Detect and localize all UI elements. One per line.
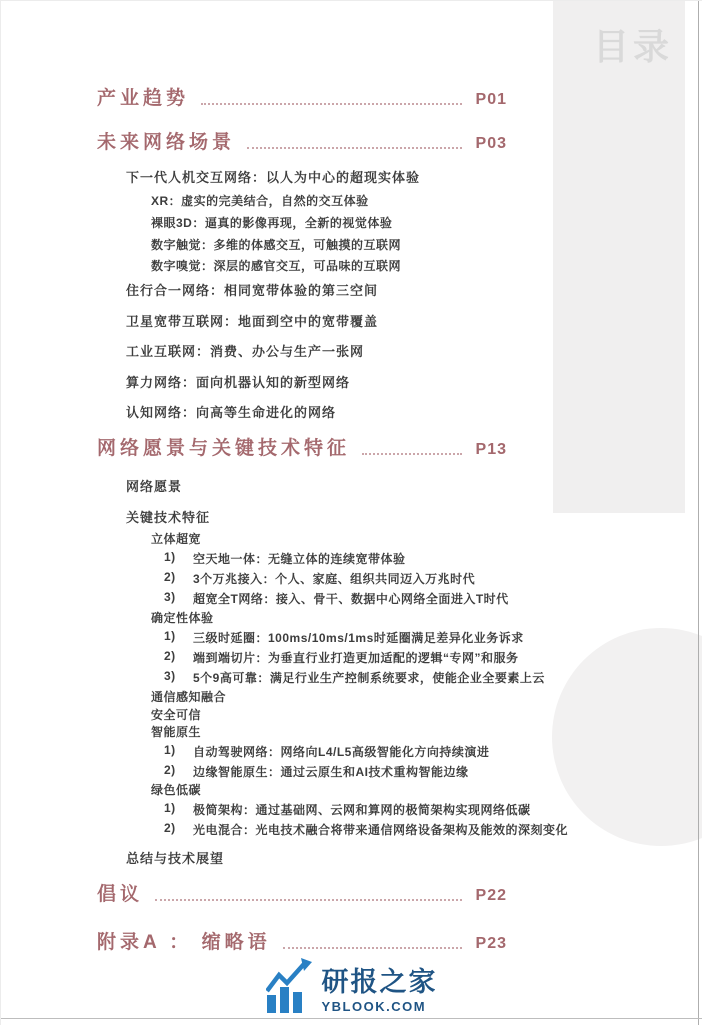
toc-entry-number: 3) — [164, 590, 193, 607]
toc-section-row: 倡议 P22 — [97, 883, 507, 907]
toc-entry-number: 1) — [164, 743, 193, 760]
footer-logo: 研报之家 YBLOOK.COM — [266, 957, 438, 1015]
toc-entry: 安全可信 — [151, 706, 201, 723]
toc-section-row: 附录A ： 缩略语 P23 — [97, 931, 507, 955]
toc-entry: 数字触觉：多维的体感交互，可触摸的互联网 — [151, 236, 401, 253]
toc-entry-text: 空天地一体：无缝立体的连续宽带体验 — [193, 550, 406, 567]
toc-entry-text: 三级时延圈：100ms/10ms/1ms时延圈满足差异化业务诉求 — [193, 629, 524, 646]
toc-entry: 3) 超宽全T网络：接入、骨干、数据中心网络全面进入T时代 — [164, 590, 509, 607]
toc-entry-text: 5个9高可靠：满足行业生产控制系统要求，使能企业全要素上云 — [193, 669, 545, 686]
toc-entry: 1) 空天地一体：无缝立体的连续宽带体验 — [164, 550, 406, 567]
toc-entry: 数字嗅觉：深层的感官交互，可品味的互联网 — [151, 257, 401, 274]
brand-name: 研报之家 — [322, 969, 438, 996]
toc-entry: 绿色低碳 — [151, 781, 201, 798]
toc-entry-text: 边缘智能原生：通过云原生和AI技术重构智能边缘 — [193, 763, 469, 780]
toc-section-row: 网络愿景与关键技术特征 P13 — [97, 437, 507, 461]
brand-domain: YBLOOK.COM — [322, 1000, 438, 1013]
toc-entry: 1) 自动驾驶网络：网络向L4/L5高级智能化方向持续演进 — [164, 743, 489, 760]
toc-entry-text: 自动驾驶网络：网络向L4/L5高级智能化方向持续演进 — [193, 743, 489, 760]
dotted-leader — [155, 899, 462, 901]
dotted-leader — [247, 147, 462, 149]
toc-page-number: P22 — [476, 884, 507, 907]
toc-entry: 2) 边缘智能原生：通过云原生和AI技术重构智能边缘 — [164, 763, 469, 780]
toc-section-label: 产业趋势 — [97, 87, 189, 111]
toc-entry-number: 1) — [164, 629, 193, 646]
page-right-border — [698, 1, 699, 1025]
toc-entry-number: 2) — [164, 763, 193, 780]
toc-entry: XR：虚实的完美结合，自然的交互体验 — [151, 192, 369, 209]
toc-section-label: 倡议 — [97, 883, 143, 907]
toc-page: 目录 产业趋势 P01 未来网络场景 P03 下一代人机交互网络：以人为中心的超… — [0, 0, 702, 1025]
toc-section-row: 产业趋势 P01 — [97, 87, 507, 111]
toc-entry-number: 2) — [164, 649, 193, 666]
toc-entry: 裸眼3D：逼真的影像再现，全新的视觉体验 — [151, 214, 392, 231]
toc-entry-number: 2) — [164, 821, 193, 838]
toc-page-number: P01 — [476, 88, 507, 111]
toc-entry: 智能原生 — [151, 723, 201, 740]
toc-entry: 2) 端到端切片：为垂直行业打造更加适配的逻辑“专网”和服务 — [164, 649, 519, 666]
toc-entry: 住行合一网络：相同宽带体验的第三空间 — [126, 280, 378, 299]
dotted-leader — [201, 103, 462, 105]
sidebar-title: 目录 — [593, 19, 673, 70]
toc-entry-text: 光电混合：光电技术融合将带来通信网络设备架构及能效的深刻变化 — [193, 821, 568, 838]
toc-entry-number: 2) — [164, 570, 193, 587]
toc-page-number: P03 — [476, 132, 507, 155]
sidebar-tab: 目录 — [553, 1, 685, 513]
toc-entry-text: 端到端切片：为垂直行业打造更加适配的逻辑“专网”和服务 — [193, 649, 519, 666]
dotted-leader — [362, 453, 462, 455]
toc-entry: 2) 3个万兆接入：个人、家庭、组织共同迈入万兆时代 — [164, 570, 475, 587]
toc-entry: 下一代人机交互网络：以人为中心的超现实体验 — [126, 167, 420, 186]
bar-chart-logo-icon — [266, 957, 312, 1015]
toc-entry: 网络愿景 — [126, 476, 182, 495]
toc-entry-number: 1) — [164, 801, 193, 818]
toc-entry: 1) 三级时延圈：100ms/10ms/1ms时延圈满足差异化业务诉求 — [164, 629, 524, 646]
toc-page-number: P23 — [476, 932, 507, 955]
toc-section-label: 未来网络场景 — [97, 131, 235, 155]
toc-entry-number: 1) — [164, 550, 193, 567]
decorative-circle — [552, 628, 702, 846]
toc-entry: 工业互联网：消费、办公与生产一张网 — [126, 341, 364, 360]
toc-entry-text: 超宽全T网络：接入、骨干、数据中心网络全面进入T时代 — [193, 590, 509, 607]
toc-entry: 通信感知融合 — [151, 688, 226, 705]
toc-entry-text: 极简架构：通过基础网、云网和算网的极简架构实现网络低碳 — [193, 801, 531, 818]
toc-entry-text: 3个万兆接入：个人、家庭、组织共同迈入万兆时代 — [193, 570, 475, 587]
toc-entry: 确定性体验 — [151, 609, 214, 626]
toc-entry: 2) 光电混合：光电技术融合将带来通信网络设备架构及能效的深刻变化 — [164, 821, 568, 838]
toc-entry: 算力网络：面向机器认知的新型网络 — [126, 372, 350, 391]
brand-text: 研报之家 YBLOOK.COM — [322, 969, 438, 1015]
toc-entry: 认知网络：向高等生命进化的网络 — [126, 402, 336, 421]
toc-entry: 1) 极简架构：通过基础网、云网和算网的极简架构实现网络低碳 — [164, 801, 531, 818]
dotted-leader — [283, 947, 462, 949]
toc-page-number: P13 — [476, 438, 507, 461]
toc-entry-number: 3) — [164, 669, 193, 686]
toc-section-label: 网络愿景与关键技术特征 — [97, 437, 350, 461]
toc-entry: 卫星宽带互联网：地面到空中的宽带覆盖 — [126, 311, 378, 330]
toc-entry: 立体超宽 — [151, 530, 201, 547]
page-bottom-border — [1, 1018, 702, 1019]
toc-section-label: 附录A ： 缩略语 — [97, 931, 271, 955]
toc-entry: 3) 5个9高可靠：满足行业生产控制系统要求，使能企业全要素上云 — [164, 669, 545, 686]
toc-entry: 关键技术特征 — [126, 507, 210, 526]
toc-entry: 总结与技术展望 — [126, 848, 224, 867]
toc-section-row: 未来网络场景 P03 — [97, 131, 507, 155]
